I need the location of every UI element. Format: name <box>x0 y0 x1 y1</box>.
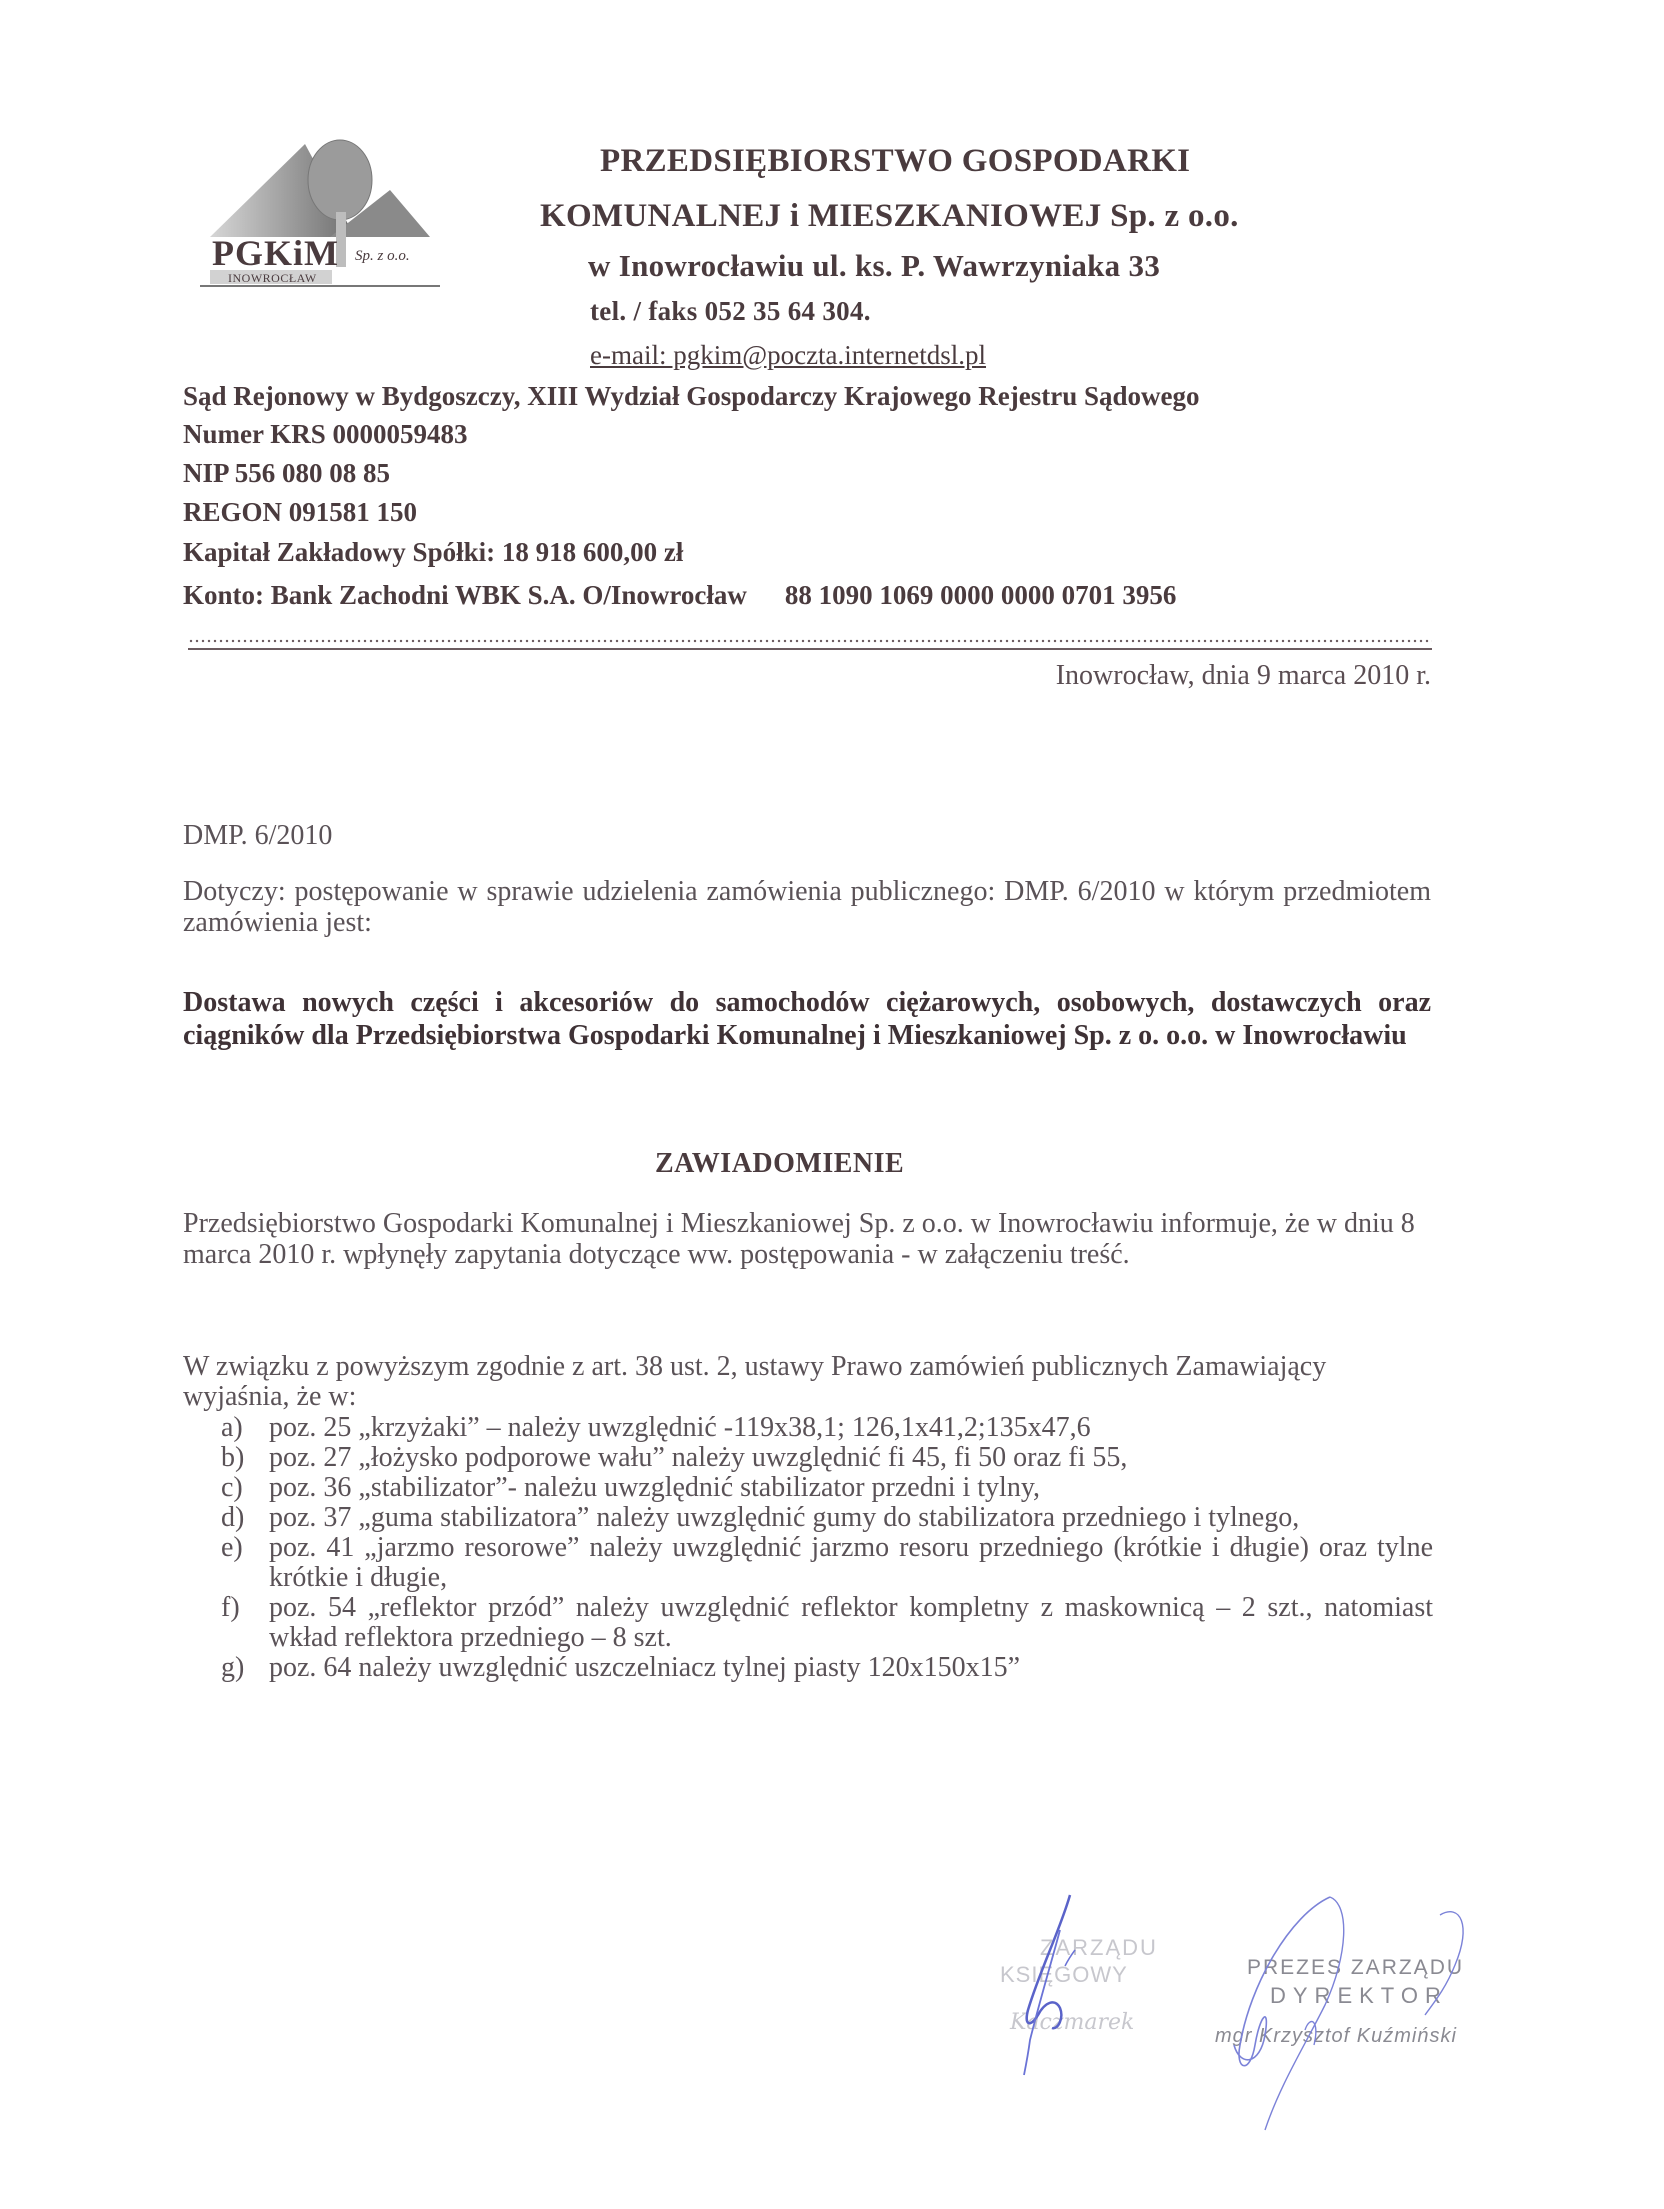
separator-line <box>188 648 1432 650</box>
notice-title-text: ZAWIADOMIENIE <box>655 1148 904 1179</box>
list-item: b)poz. 27 „łożysko podporowe wału” należ… <box>183 1443 1433 1473</box>
list-marker: c) <box>221 1473 243 1503</box>
list-item: a)poz. 25 „krzyżaki” – należy uwzględnić… <box>183 1413 1433 1443</box>
document-date: Inowrocław, dnia 9 marca 2010 r. <box>1056 660 1431 692</box>
company-name-line2: KOMUNALNEJ i MIESZKANIOWEJ Sp. z o.o. <box>540 198 1239 235</box>
company-logo: PGKiM INOWROCŁAW Sp. z o.o. <box>190 132 450 297</box>
list-item: e)poz. 41 „jarzmo resorowe” należy uwzgl… <box>183 1533 1433 1593</box>
list-item-text: poz. 64 należy uwzględnić uszczelniacz t… <box>269 1652 1020 1683</box>
clarifications-list: a)poz. 25 „krzyżaki” – należy uwzględnić… <box>183 1413 1433 1683</box>
logo-abbr: PGKiM <box>212 232 339 274</box>
stamp-right-line3: mgr Krzysztof Kuźmiński <box>1215 2025 1457 2048</box>
info-paragraph: Przedsiębiorstwo Gospodarki Komunalnej i… <box>183 1208 1431 1270</box>
stamp-left-line3: Kaczmarek <box>1010 2010 1134 2035</box>
list-item: d)poz. 37 „guma stabilizatora” należy uw… <box>183 1503 1433 1533</box>
reference-number: DMP. 6/2010 <box>183 820 332 852</box>
list-item-text: poz. 27 „łożysko podporowe wału” należy … <box>269 1442 1127 1473</box>
stamp-left-line2: KSIĘGOWY <box>1000 1962 1128 1988</box>
company-name-line1: PRZEDSIĘBIORSTWO GOSPODARKI <box>600 143 1190 180</box>
registry-capital: Kapitał Zakładowy Spółki: 18 918 600,00 … <box>183 537 683 568</box>
list-marker: f) <box>221 1593 240 1623</box>
intro-paragraph: W związku z powyższym zgodnie z art. 38 … <box>183 1352 1431 1412</box>
list-item: c)poz. 36 „stabilizator”- należu uwzględ… <box>183 1473 1433 1503</box>
regarding-paragraph: Dotyczy: postępowanie w sprawie udzielen… <box>183 876 1431 938</box>
list-item-text: poz. 36 „stabilizator”- należu uwzględni… <box>269 1472 1040 1503</box>
stamp-right-line1: PREZES ZARZĄDU <box>1247 1956 1464 1980</box>
stamp-right-line2: DYREKTOR <box>1270 1983 1448 2009</box>
company-phone: tel. / faks 052 35 64 304. <box>590 296 871 327</box>
list-marker: g) <box>221 1653 244 1683</box>
registry-nip: NIP 556 080 08 85 <box>183 458 390 489</box>
list-item-text: poz. 25 „krzyżaki” – należy uwzględnić -… <box>269 1412 1091 1443</box>
list-marker: b) <box>221 1443 244 1473</box>
bank-name: Konto: Bank Zachodni WBK S.A. O/Inowrocł… <box>183 580 747 610</box>
company-address: w Inowrocławiu ul. ks. P. Wawrzyniaka 33 <box>588 248 1160 284</box>
registry-bank-account: Konto: Bank Zachodni WBK S.A. O/Inowrocł… <box>183 580 1176 611</box>
logo-legal-form: Sp. z o.o. <box>355 248 410 265</box>
registry-krs: Numer KRS 0000059483 <box>183 419 468 450</box>
logo-city: INOWROCŁAW <box>228 271 317 286</box>
company-email-link[interactable]: e-mail: pgkim@poczta.internetdsl.pl <box>590 340 986 371</box>
notice-title: ZAWIADOMIENIE <box>655 1148 904 1180</box>
list-item: f)poz. 54 „reflektor przód” należy uwzgl… <box>183 1593 1433 1653</box>
list-item: g)poz. 64 należy uwzględnić uszczelniacz… <box>183 1653 1433 1683</box>
registry-court: Sąd Rejonowy w Bydgoszczy, XIII Wydział … <box>183 381 1199 412</box>
list-item-text: poz. 37 „guma stabilizatora” należy uwzg… <box>269 1502 1299 1533</box>
list-item-text: poz. 54 „reflektor przód” należy uwzględ… <box>269 1592 1433 1653</box>
signature-right-icon <box>1210 1895 1500 2135</box>
list-marker: d) <box>221 1503 244 1533</box>
registry-regon: REGON 091581 150 <box>183 497 417 528</box>
stamp-left-line1: ZARZĄDU <box>1040 1935 1158 1961</box>
separator-dotted <box>188 638 1432 644</box>
list-marker: e) <box>221 1533 243 1563</box>
list-item-text: poz. 41 „jarzmo resorowe” należy uwzględ… <box>269 1532 1433 1593</box>
logo-underline <box>200 285 440 287</box>
list-marker: a) <box>221 1413 243 1443</box>
account-number: 88 1090 1069 0000 0000 0701 3956 <box>785 580 1177 610</box>
procurement-subject: Dostawa nowych części i akcesoriów do sa… <box>183 986 1431 1052</box>
